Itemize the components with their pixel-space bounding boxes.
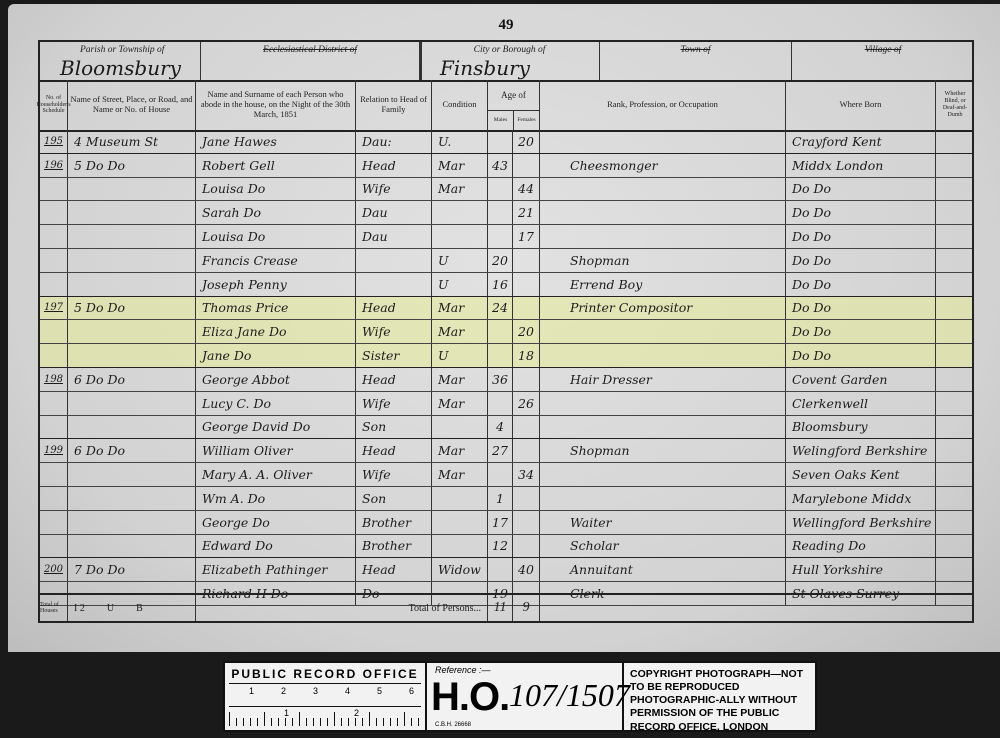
cell-condition — [432, 511, 488, 534]
cell-schedule: 200 — [40, 558, 68, 581]
cell-condition — [432, 416, 488, 439]
cell-blind — [936, 130, 974, 153]
cell-female: 34 — [513, 463, 540, 486]
col-born: Where Born — [786, 80, 936, 130]
table-row: Wm A. DoSon1Marylebone Middx — [40, 487, 972, 511]
ruler-bottom-number: 2 — [354, 708, 359, 718]
total-females: 9 — [513, 595, 540, 621]
column-headers: No. of Householder's Schedule Name of St… — [40, 80, 972, 132]
cell-name: Jane Hawes — [196, 130, 356, 153]
cell-blind — [936, 320, 974, 343]
cell-name: Wm A. Do — [196, 487, 356, 510]
borough-value: Finsbury — [440, 56, 530, 80]
cell-street: 4 Museum St — [68, 130, 196, 153]
cell-name: Joseph Penny — [196, 273, 356, 296]
age-label: Age of — [488, 80, 539, 111]
cell-occupation: Cheesmonger — [540, 154, 786, 177]
cell-relation: Son — [356, 416, 432, 439]
cell-born: Hull Yorkshire — [786, 558, 936, 581]
cell-born: Do Do — [786, 344, 936, 367]
cell-female — [513, 368, 540, 391]
total-houses-values: I 2 U B — [68, 595, 196, 621]
ruler-tick — [243, 718, 244, 726]
cell-occupation — [540, 201, 786, 224]
cell-relation: Son — [356, 487, 432, 510]
cell-blind — [936, 463, 974, 486]
village-cell: Village of — [792, 42, 974, 80]
ruler-tick — [411, 718, 412, 726]
cell-schedule: 199 — [40, 439, 68, 462]
table-row: Jane DoSisterU18Do Do — [40, 344, 972, 368]
ruler-tick — [397, 718, 398, 726]
public-record-office-stamp: PUBLIC RECORD OFFICE 12345612 Reference … — [223, 661, 817, 732]
cell-born: Do Do — [786, 201, 936, 224]
age-males-label: Males — [488, 110, 514, 130]
cell-occupation — [540, 344, 786, 367]
cell-schedule — [40, 249, 68, 272]
cell-male: 24 — [488, 297, 513, 320]
scale-ruler: 12345612 — [229, 683, 421, 726]
cell-blind — [936, 249, 974, 272]
cell-street — [68, 249, 196, 272]
ruler-top-number: 2 — [281, 686, 286, 696]
cell-name: George Abbot — [196, 368, 356, 391]
table-row: Mary A. A. OliverWifeMar34Seven Oaks Ken… — [40, 463, 972, 487]
cell-relation: Wife — [356, 320, 432, 343]
cell-female — [513, 487, 540, 510]
table-row: 1986 Do DoGeorge AbbotHeadMar36Hair Dres… — [40, 368, 972, 392]
cell-occupation: Errend Boy — [540, 273, 786, 296]
cell-condition: Mar — [432, 320, 488, 343]
cell-male: 36 — [488, 368, 513, 391]
cell-street — [68, 178, 196, 201]
ruler-tick — [306, 718, 307, 726]
cell-blind — [936, 558, 974, 581]
cell-occupation: Shopman — [540, 249, 786, 272]
cell-blind — [936, 154, 974, 177]
cell-born: Welingford Berkshire — [786, 439, 936, 462]
ruler-tick — [341, 718, 342, 726]
total-houses-label: Total of Houses — [40, 595, 68, 621]
cell-condition: Mar — [432, 439, 488, 462]
cell-street — [68, 535, 196, 558]
table-row: Eliza Jane DoWifeMar20Do Do — [40, 320, 972, 344]
cell-street: 6 Do Do — [68, 368, 196, 391]
table-row: 1965 Do DoRobert GellHeadMar43Cheesmonge… — [40, 154, 972, 178]
cell-street: 5 Do Do — [68, 297, 196, 320]
cell-condition — [432, 487, 488, 510]
cell-occupation: Shopman — [540, 439, 786, 462]
cell-female — [513, 154, 540, 177]
cell-name: Lucy C. Do — [196, 392, 356, 415]
reference-label: Reference :— — [435, 665, 491, 675]
reference-number: 107/1507 — [509, 677, 630, 714]
cell-condition: Mar — [432, 178, 488, 201]
borough-cell: City or Borough of Finsbury — [420, 42, 600, 80]
ruler-tick — [383, 718, 384, 726]
ruler-tick — [264, 712, 265, 726]
cell-blind — [936, 273, 974, 296]
cell-male: 4 — [488, 416, 513, 439]
cell-condition: U — [432, 273, 488, 296]
cell-born: Crayford Kent — [786, 130, 936, 153]
ruler-tick — [271, 718, 272, 726]
ruler-tick — [327, 718, 328, 726]
cell-male: 17 — [488, 511, 513, 534]
form-header-bar: Parish or Township of Bloomsbury Ecclesi… — [40, 42, 972, 82]
cell-born: Wellingford Berkshire — [786, 511, 936, 534]
table-row: 1954 Museum StJane HawesDau:U.20Crayford… — [40, 130, 972, 154]
cell-relation — [356, 249, 432, 272]
cell-relation: Sister — [356, 344, 432, 367]
col-name: Name and Surname of each Person who abod… — [196, 80, 356, 130]
cell-name: Francis Crease — [196, 249, 356, 272]
cell-male — [488, 225, 513, 248]
table-row: Sarah DoDau21Do Do — [40, 201, 972, 225]
cell-blind — [936, 439, 974, 462]
ruler-divider — [229, 706, 421, 707]
cell-female: 17 — [513, 225, 540, 248]
cell-born: Clerkenwell — [786, 392, 936, 415]
uninhabited-label: U — [107, 603, 114, 614]
village-label: Village of — [792, 45, 974, 55]
cell-born: Do Do — [786, 249, 936, 272]
table-row: Louisa DoWifeMar44Do Do — [40, 178, 972, 202]
cell-male — [488, 558, 513, 581]
ruler-tick — [250, 718, 251, 726]
cell-schedule: 196 — [40, 154, 68, 177]
cell-street: 5 Do Do — [68, 154, 196, 177]
ruler-tick — [404, 712, 405, 726]
cell-relation: Brother — [356, 535, 432, 558]
cell-schedule — [40, 463, 68, 486]
cell-condition — [432, 201, 488, 224]
building-label: B — [136, 603, 143, 614]
cell-relation: Wife — [356, 178, 432, 201]
cell-relation — [356, 273, 432, 296]
cell-relation: Wife — [356, 392, 432, 415]
cell-occupation — [540, 487, 786, 510]
cell-schedule — [40, 201, 68, 224]
table-row: 1996 Do DoWilliam OliverHeadMar27Shopman… — [40, 439, 972, 463]
age-females-label: Females — [513, 110, 540, 130]
table-row: Francis CreaseU20ShopmanDo Do — [40, 249, 972, 273]
cell-name: Sarah Do — [196, 201, 356, 224]
cell-occupation: Scholar — [540, 535, 786, 558]
cell-condition: Widow — [432, 558, 488, 581]
cell-born: Do Do — [786, 178, 936, 201]
cell-schedule: 195 — [40, 130, 68, 153]
cell-schedule — [40, 178, 68, 201]
table-row: Joseph PennyU16Errend BoyDo Do — [40, 273, 972, 297]
cell-male — [488, 201, 513, 224]
cell-blind — [936, 297, 974, 320]
cell-male: 16 — [488, 273, 513, 296]
cell-condition — [432, 535, 488, 558]
cell-schedule — [40, 392, 68, 415]
cell-schedule — [40, 344, 68, 367]
pro-title: PUBLIC RECORD OFFICE — [225, 667, 425, 681]
cell-condition: Mar — [432, 392, 488, 415]
ruler-tick — [278, 718, 279, 726]
totals-row: Total of Houses I 2 U B Total of Persons… — [40, 593, 972, 621]
table-row: 1975 Do DoThomas PriceHeadMar24Printer C… — [40, 297, 972, 321]
town-label: Town of — [600, 45, 791, 55]
page-number: 49 — [476, 17, 536, 34]
parish-value: Bloomsbury — [60, 56, 181, 80]
cell-born: Bloomsbury — [786, 416, 936, 439]
cell-female: 26 — [513, 392, 540, 415]
col-relation: Relation to Head of Family — [356, 80, 432, 130]
cell-female — [513, 249, 540, 272]
reference-block: Reference :— H.O. 107/1507 C.B.H. 26668 — [427, 663, 624, 730]
ruler-tick — [229, 712, 230, 726]
cell-blind — [936, 368, 974, 391]
cell-name: Mary A. A. Oliver — [196, 463, 356, 486]
ruler-tick — [292, 718, 293, 726]
ruler-top-number: 3 — [313, 686, 318, 696]
cell-relation: Head — [356, 439, 432, 462]
cell-schedule — [40, 511, 68, 534]
cell-female: 18 — [513, 344, 540, 367]
ruler-top-number: 6 — [409, 686, 414, 696]
cell-relation: Dau — [356, 201, 432, 224]
inhabited-count: I 2 — [74, 603, 85, 614]
cell-born: Seven Oaks Kent — [786, 463, 936, 486]
cell-male — [488, 463, 513, 486]
cell-name: Louisa Do — [196, 178, 356, 201]
cell-schedule — [40, 225, 68, 248]
cell-blind — [936, 511, 974, 534]
cell-female: 44 — [513, 178, 540, 201]
cell-female — [513, 416, 540, 439]
col-condition: Condition — [432, 80, 488, 130]
cell-blind — [936, 344, 974, 367]
col-blind: Whether Blind, or Deaf-and-Dumb — [936, 80, 974, 130]
cell-schedule: 198 — [40, 368, 68, 391]
cell-condition: Mar — [432, 463, 488, 486]
cell-street — [68, 225, 196, 248]
cell-name: Thomas Price — [196, 297, 356, 320]
cell-born: Do Do — [786, 273, 936, 296]
town-cell: Town of — [600, 42, 792, 80]
cell-born: Do Do — [786, 297, 936, 320]
cell-street — [68, 344, 196, 367]
cell-condition: Mar — [432, 368, 488, 391]
cell-occupation: Printer Compositor — [540, 297, 786, 320]
ruler-bottom-number: 1 — [284, 708, 289, 718]
cell-name: Louisa Do — [196, 225, 356, 248]
cell-street — [68, 487, 196, 510]
cell-schedule — [40, 273, 68, 296]
cell-street — [68, 416, 196, 439]
cell-street — [68, 511, 196, 534]
cell-female — [513, 297, 540, 320]
cell-name: Eliza Jane Do — [196, 320, 356, 343]
total-persons-label: Total of Persons... — [196, 595, 488, 621]
table-row: 2007 Do DoElizabeth PathingerHeadWidow40… — [40, 558, 972, 582]
cell-condition: Mar — [432, 154, 488, 177]
cell-male: 20 — [488, 249, 513, 272]
ruler-top-number: 4 — [345, 686, 350, 696]
cell-blind — [936, 225, 974, 248]
col-street: Name of Street, Place, or Road, and Name… — [68, 80, 196, 130]
cell-blind — [936, 416, 974, 439]
cell-occupation: Hair Dresser — [540, 368, 786, 391]
ruler-tick — [369, 712, 370, 726]
ruler-tick — [257, 718, 258, 726]
cell-occupation — [540, 178, 786, 201]
cbh-code: C.B.H. 26668 — [435, 722, 471, 728]
cell-male — [488, 392, 513, 415]
cell-male — [488, 130, 513, 153]
cell-male: 1 — [488, 487, 513, 510]
cell-blind — [936, 487, 974, 510]
ruler-top-number: 5 — [377, 686, 382, 696]
copyright-notice: COPYRIGHT PHOTOGRAPH—NOT TO BE REPRODUCE… — [624, 663, 815, 730]
cell-occupation: Annuitant — [540, 558, 786, 581]
cell-occupation — [540, 130, 786, 153]
cell-male: 27 — [488, 439, 513, 462]
pro-ruler-block: PUBLIC RECORD OFFICE 12345612 — [225, 663, 427, 730]
cell-condition: Mar — [432, 297, 488, 320]
cell-name: Jane Do — [196, 344, 356, 367]
cell-female: 40 — [513, 558, 540, 581]
borough-label: City or Borough of — [420, 45, 599, 55]
cell-name: George David Do — [196, 416, 356, 439]
cell-occupation — [540, 320, 786, 343]
cell-street — [68, 392, 196, 415]
ruler-tick — [418, 718, 419, 726]
ruler-top-number: 1 — [249, 686, 254, 696]
cell-male: 12 — [488, 535, 513, 558]
ruler-tick — [355, 718, 356, 726]
cell-female — [513, 535, 540, 558]
cell-born: Do Do — [786, 320, 936, 343]
cell-condition: U — [432, 344, 488, 367]
cell-name: Robert Gell — [196, 154, 356, 177]
cell-occupation — [540, 416, 786, 439]
cell-name: Edward Do — [196, 535, 356, 558]
cell-male — [488, 320, 513, 343]
col-schedule: No. of Householder's Schedule — [40, 80, 68, 130]
cell-born: Middx London — [786, 154, 936, 177]
cell-male — [488, 178, 513, 201]
cell-occupation — [540, 463, 786, 486]
ruler-tick — [236, 718, 237, 726]
ruler-tick — [376, 718, 377, 726]
cell-schedule — [40, 320, 68, 343]
ruler-tick — [348, 718, 349, 726]
ruler-tick — [362, 718, 363, 726]
cell-born: Marylebone Middx — [786, 487, 936, 510]
cell-female — [513, 511, 540, 534]
cell-female: 21 — [513, 201, 540, 224]
reference-series: H.O. — [431, 675, 509, 720]
cell-name: William Oliver — [196, 439, 356, 462]
cell-female: 20 — [513, 320, 540, 343]
cell-street — [68, 463, 196, 486]
cell-schedule: 197 — [40, 297, 68, 320]
cell-relation: Wife — [356, 463, 432, 486]
table-row: George DoBrother17WaiterWellingford Berk… — [40, 511, 972, 535]
cell-born: Reading Do — [786, 535, 936, 558]
cell-relation: Brother — [356, 511, 432, 534]
cell-condition — [432, 225, 488, 248]
ruler-tick — [390, 718, 391, 726]
cell-male — [488, 344, 513, 367]
ecclesiastical-label: Ecclesiastical District of — [201, 45, 419, 55]
cell-born: Covent Garden — [786, 368, 936, 391]
col-age: Age of Males Females — [488, 80, 540, 130]
cell-occupation — [540, 392, 786, 415]
cell-relation: Head — [356, 368, 432, 391]
cell-schedule — [40, 535, 68, 558]
cell-blind — [936, 201, 974, 224]
table-row: George David DoSon4Bloomsbury — [40, 416, 972, 440]
cell-street — [68, 201, 196, 224]
cell-condition: U. — [432, 130, 488, 153]
cell-occupation: Waiter — [540, 511, 786, 534]
table-row: Louisa DoDau17Do Do — [40, 225, 972, 249]
ruler-tick — [299, 712, 300, 726]
cell-blind — [936, 178, 974, 201]
cell-blind — [936, 535, 974, 558]
census-form: Parish or Township of Bloomsbury Ecclesi… — [38, 40, 974, 623]
census-rows: 1954 Museum StJane HawesDau:U.20Crayford… — [40, 130, 972, 606]
cell-male: 43 — [488, 154, 513, 177]
cell-relation: Head — [356, 558, 432, 581]
ruler-tick — [334, 712, 335, 726]
ecclesiastical-cell: Ecclesiastical District of — [200, 42, 420, 80]
cell-female — [513, 439, 540, 462]
col-occupation: Rank, Profession, or Occupation — [540, 80, 786, 130]
cell-condition: U — [432, 249, 488, 272]
cell-relation: Head — [356, 297, 432, 320]
ruler-tick — [313, 718, 314, 726]
cell-relation: Dau: — [356, 130, 432, 153]
table-row: Edward DoBrother12ScholarReading Do — [40, 535, 972, 559]
ruler-tick — [320, 718, 321, 726]
cell-occupation — [540, 225, 786, 248]
cell-name: Elizabeth Pathinger — [196, 558, 356, 581]
cell-relation: Dau — [356, 225, 432, 248]
cell-name: George Do — [196, 511, 356, 534]
cell-street: 6 Do Do — [68, 439, 196, 462]
cell-street: 7 Do Do — [68, 558, 196, 581]
cell-female: 20 — [513, 130, 540, 153]
cell-blind — [936, 392, 974, 415]
ruler-tick — [285, 718, 286, 726]
cell-born: Do Do — [786, 225, 936, 248]
cell-schedule — [40, 487, 68, 510]
table-row: Lucy C. DoWifeMar26Clerkenwell — [40, 392, 972, 416]
total-males: 11 — [488, 595, 513, 621]
cell-relation: Head — [356, 154, 432, 177]
cell-street — [68, 320, 196, 343]
cell-schedule — [40, 416, 68, 439]
cell-female — [513, 273, 540, 296]
cell-street — [68, 273, 196, 296]
